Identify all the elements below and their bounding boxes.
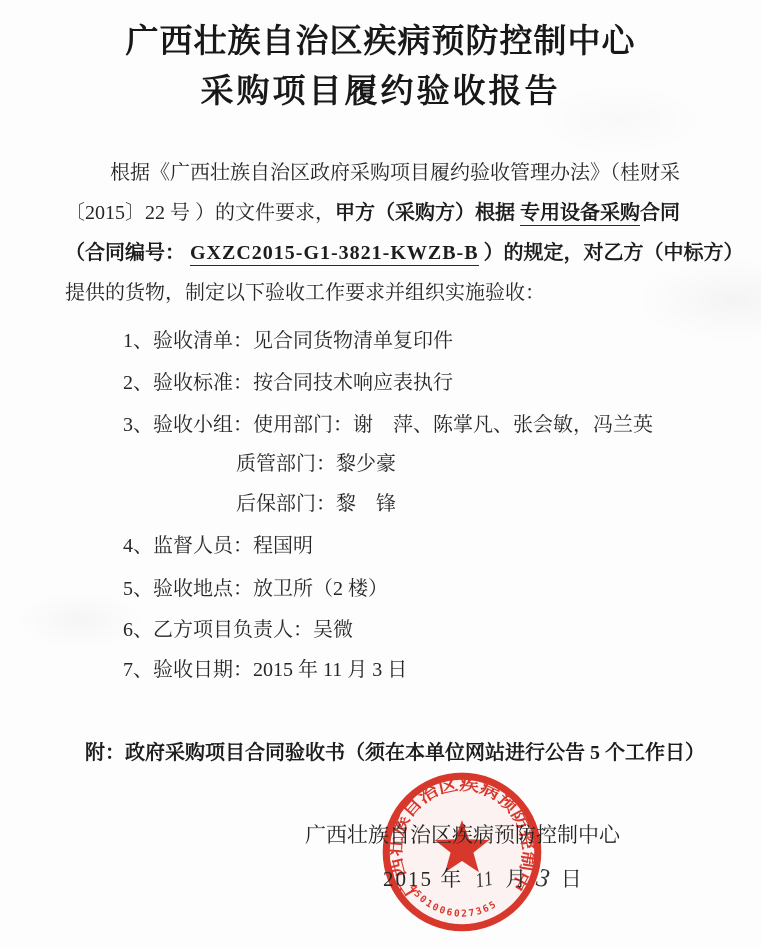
intro-paragraph-line4: 提供的货物，制定以下验收工作要求并组织实施验收： bbox=[65, 280, 545, 306]
seal-ring bbox=[386, 776, 538, 928]
list-item-quality-dept: 质管部门：黎少豪 bbox=[236, 451, 396, 477]
list-item-party-b-manager: 6、乙方项目负责人：吴微 bbox=[123, 617, 353, 643]
intro-paragraph-line1: 根据《广西壮族自治区政府采购项目履约验收管理办法》（桂财采 bbox=[110, 160, 680, 186]
party-b-bold-text: ）的规定，对乙方（中标方） bbox=[479, 242, 744, 264]
list-item-location: 5、验收地点：放卫所（2 楼） bbox=[123, 576, 388, 602]
list-item-acceptance-list: 1、验收清单：见合同货物清单复印件 bbox=[123, 328, 453, 354]
list-item-acceptance-standard: 2、验收标准：按合同技术响应表执行 bbox=[123, 370, 453, 396]
date-year-printed: 2015 年 bbox=[383, 867, 463, 891]
document-title-line1: 广西壮族自治区疾病预防控制中心 bbox=[0, 28, 761, 54]
contract-word: 合同 bbox=[640, 202, 680, 224]
list-item-acceptance-team: 3、验收小组：使用部门：谢 萍、陈掌凡、张会敏，冯兰英 bbox=[123, 412, 653, 438]
scanned-acceptance-report-page: 广西壮族自治区疾病预防控制中心 采购项目履约验收报告 根据《广西壮族自治区政府采… bbox=[0, 0, 761, 947]
list-item-supervisor: 4、监督人员：程国明 bbox=[123, 533, 313, 559]
contract-number-label: （合同编号： bbox=[65, 242, 190, 264]
paragraph-regular-text: 〔2015〕22 号 ）的文件要求， bbox=[65, 202, 335, 224]
intro-paragraph-line3: （合同编号： GXZC2015-G1-3821-KWZB-B ）的规定，对乙方（… bbox=[65, 240, 744, 266]
date-day-label: 日 bbox=[561, 867, 584, 891]
contract-name-underlined: 专用设备采购 bbox=[520, 202, 640, 226]
list-item-acceptance-date: 7、验收日期：2015 年 11 月 3 日 bbox=[123, 657, 407, 683]
signature-organization: 广西壮族自治区疾病预防控制中心 bbox=[305, 822, 620, 848]
date-month-handwritten: 11 bbox=[473, 865, 496, 894]
official-red-seal: 广西壮族自治区疾病预防控制中心 4501006027365 bbox=[366, 758, 558, 947]
contract-number-value: GXZC2015-G1-3821-KWZB-B bbox=[190, 242, 479, 266]
document-title-line2: 采购项目履约验收报告 bbox=[0, 78, 761, 104]
list-item-logistics-dept: 后保部门：黎 锋 bbox=[236, 491, 396, 517]
attachment-note: 附：政府采购项目合同验收书（须在本单位网站进行公告 5 个工作日） bbox=[85, 740, 705, 766]
date-month-label: 月 bbox=[505, 867, 528, 891]
party-a-bold-text: 甲方（采购方）根据 bbox=[335, 202, 520, 224]
date-day-handwritten: 3 bbox=[535, 864, 555, 895]
signature-date: 2015 年 11 月 3 日 bbox=[383, 866, 584, 892]
intro-paragraph-line2: 〔2015〕22 号 ）的文件要求，甲方（采购方）根据 专用设备采购合同 bbox=[65, 200, 680, 226]
